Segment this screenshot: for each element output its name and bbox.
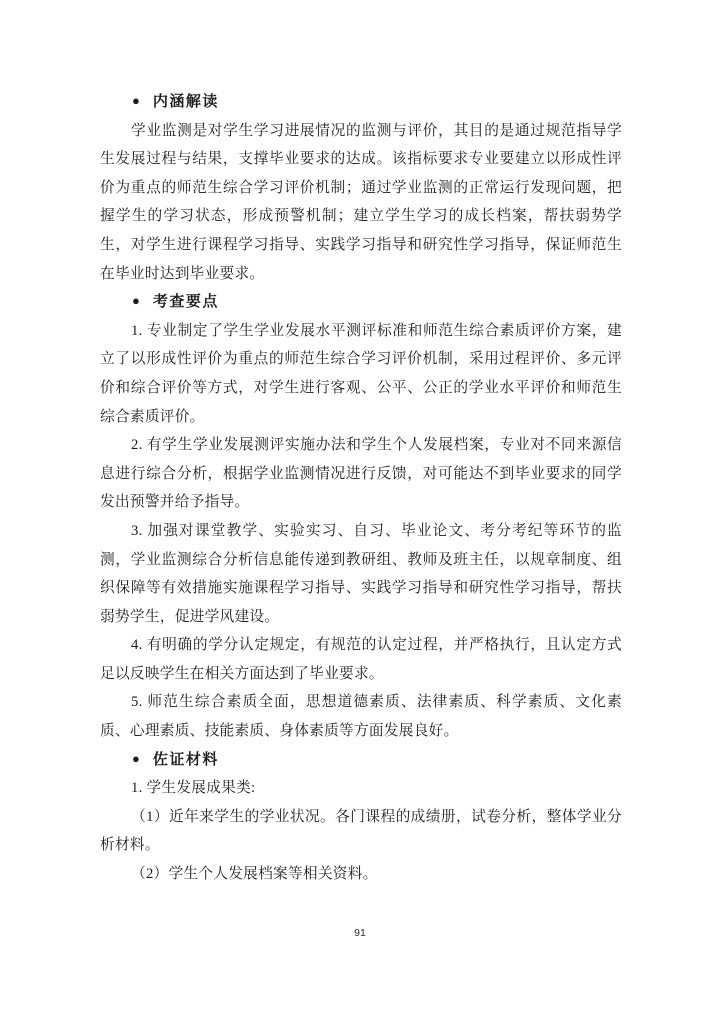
section-heading-key-points: ●考查要点 [100,288,622,317]
supporting-materials-item-2: （2）学生个人发展档案等相关资料。 [100,860,622,889]
section-heading-connotation: ●内涵解读 [100,88,622,117]
paragraph-connotation-body: 学业监测是对学生学习进展情况的监测与评价，其目的是通过规范指导学生发展过程与结果… [100,117,622,289]
key-point-item-4: 4. 有明确的学分认定规定，有规范的认定过程，并严格执行，且认定方式足以反映学生… [100,631,622,688]
key-point-item-1: 1. 专业制定了学生学业发展水平测评标准和师范生综合素质评价方案，建立了以形成性… [100,317,622,431]
page-number: 91 [0,927,720,939]
document-page: ●内涵解读 学业监测是对学生学习进展情况的监测与评价，其目的是通过规范指导学生发… [0,0,720,1018]
key-point-item-5: 5. 师范生综合素质全面，思想道德素质、法律素质、科学素质、文化素质、心理素质、… [100,688,622,745]
bullet-icon: ● [132,287,140,316]
document-content: ●内涵解读 学业监测是对学生学习进展情况的监测与评价，其目的是通过规范指导学生发… [100,88,622,889]
key-point-item-3: 3. 加强对课堂教学、实验实习、自习、毕业论文、考分考纪等环节的监测，学业监测综… [100,517,622,631]
key-point-item-2: 2. 有学生学业发展测评实施办法和学生个人发展档案，专业对不同来源信息进行综合分… [100,431,622,517]
section-heading-supporting-materials: ●佐证材料 [100,746,622,775]
supporting-materials-item-1: （1）近年来学生的学业状况。各门课程的成绩册，试卷分析，整体学业分析材料。 [100,803,622,860]
bullet-icon: ● [132,87,140,116]
section-heading-text: 内涵解读 [153,94,219,110]
bullet-icon: ● [132,745,140,774]
section-heading-text: 佐证材料 [153,752,219,768]
supporting-materials-category-1: 1. 学生发展成果类: [100,774,622,803]
section-heading-text: 考查要点 [153,294,219,310]
